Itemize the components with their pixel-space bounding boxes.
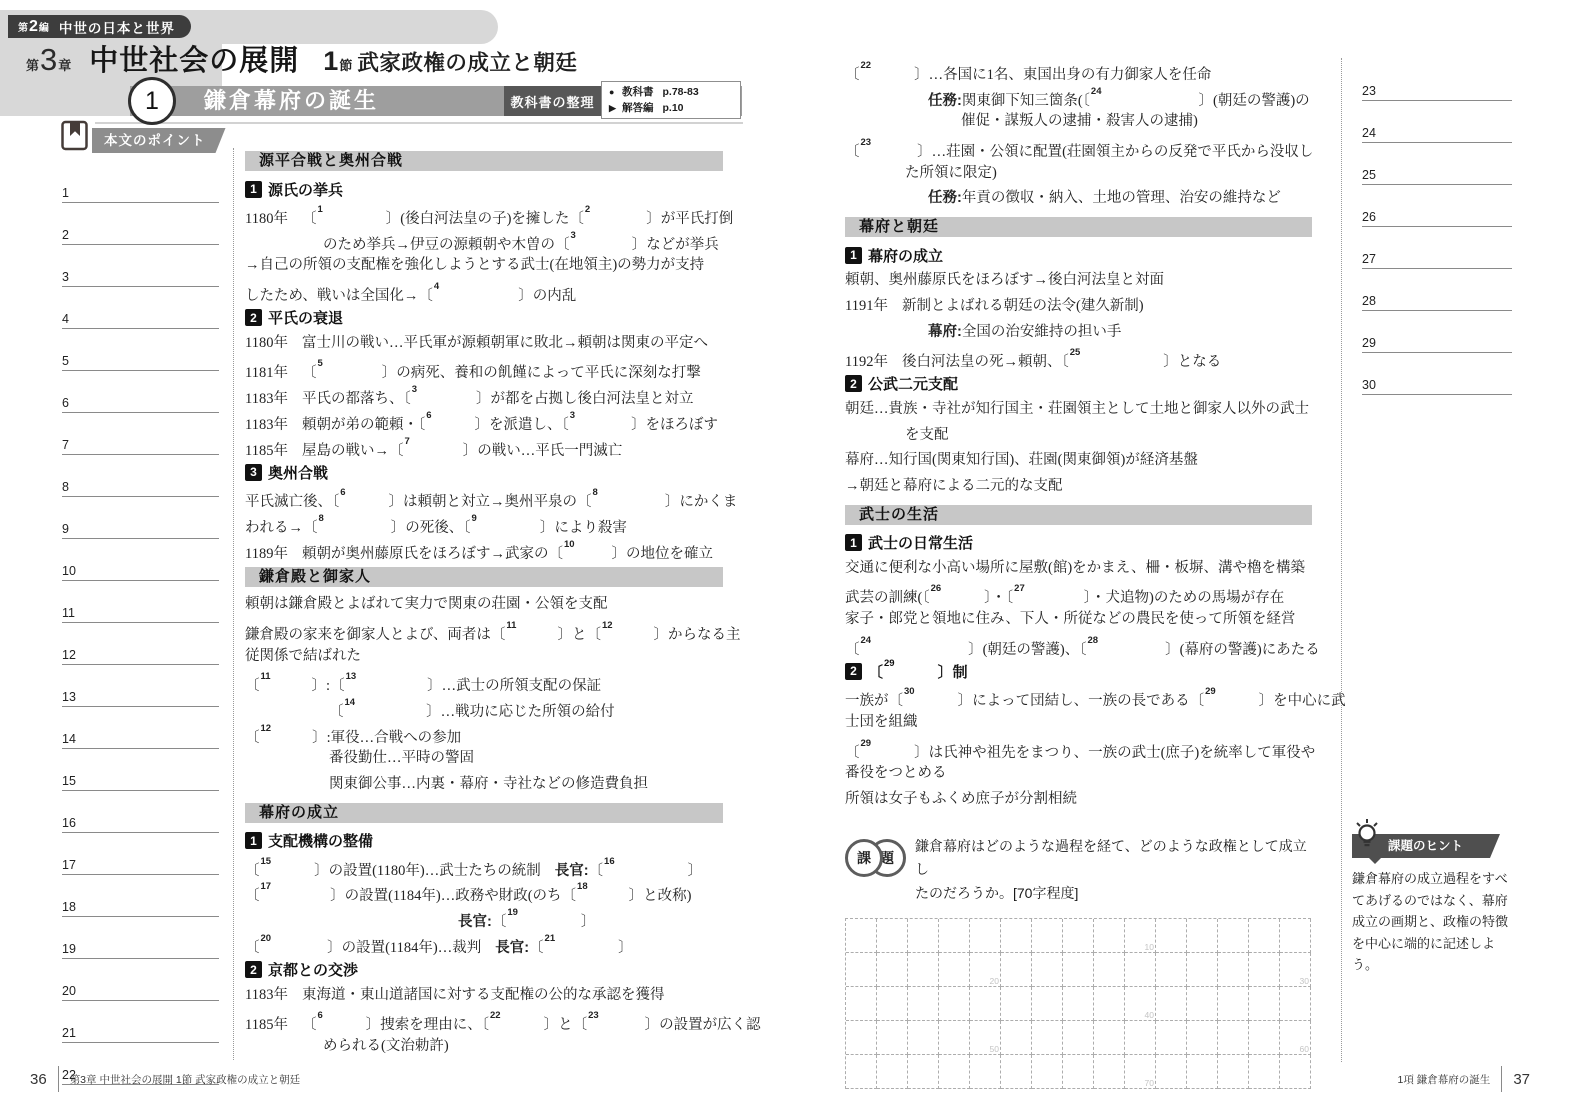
subheading-number-badge: 2: [245, 309, 262, 326]
text-line: 任務:関東御下知三箇条(〔24〕(朝廷の警護)の: [845, 84, 1312, 110]
answer-line-number: 1: [62, 186, 69, 200]
text-line: 朝廷…貴族・寺社が知行国主・荘園領主として土地と御家人以外の武士: [845, 397, 1312, 423]
edition-title: 中世の日本と世界: [59, 17, 175, 37]
section-header-bar: 鎌倉殿と御家人: [245, 567, 723, 587]
answer-line-16: 16: [62, 791, 219, 833]
left-page-content: 源平合戦と奥州合戦1源氏の挙兵1180年〔1〕(後白河法皇の子)を擁した〔2〕が…: [245, 146, 723, 1060]
grid-cell: [1156, 987, 1187, 1021]
grid-cell: [908, 1055, 939, 1089]
char-count-label: 30: [1300, 976, 1309, 986]
subheading-number-badge: 1: [845, 534, 862, 551]
task-question: 鎌倉幕府はどのような過程を経て、どのような政権として成立し たのだろうか。[70…: [915, 835, 1312, 906]
answer-line-17: 17: [62, 833, 219, 875]
text-line: 頼朝、奥州藤原氏をほろぼす→後白河法皇と対面: [845, 268, 1312, 294]
footer-divider: [1501, 1066, 1502, 1092]
answer-line-12: 12: [62, 623, 219, 665]
grid-cell: [1280, 1055, 1311, 1089]
text-line: 家子・郎党と領地に住み、下人・所従などの農民を使って所領を経営: [845, 607, 1312, 633]
answer-line-24: 24: [1362, 101, 1512, 143]
answer-line-28: 28: [1362, 269, 1512, 311]
edition-pill: 第 2 編 中世の日本と世界: [8, 15, 191, 38]
answer-line-29: 29: [1362, 311, 1512, 353]
text-line: われる→〔8〕の死後、〔9〕により殺害: [245, 511, 723, 537]
text-line: 長官:〔19〕: [245, 905, 723, 931]
grid-cell: [1156, 1055, 1187, 1089]
answer-line-19: 19: [62, 917, 219, 959]
text-line: 番役をつとめる: [845, 761, 1312, 787]
edition-number: 2: [29, 18, 38, 36]
answer-line-number: 28: [1362, 294, 1376, 308]
subheading: 1武士の日常生活: [845, 530, 1312, 556]
subheading-number-badge: 1: [245, 181, 262, 198]
answer-line-number: 9: [62, 522, 69, 536]
grid-cell: 70: [1125, 1055, 1156, 1089]
text-line: 番役勤仕…平時の警固: [245, 746, 723, 772]
grid-cell: [1032, 1055, 1063, 1089]
answer-line-number: 14: [62, 732, 76, 746]
answer-line-9: 9: [62, 497, 219, 539]
lightbulb-icon: [1352, 818, 1382, 857]
section-number: 1: [323, 46, 338, 77]
answer-line-number: 25: [1362, 168, 1376, 182]
grid-cell: [908, 987, 939, 1021]
book-icon: [60, 118, 90, 157]
text-line: →自己の所領の支配権を強化しようとする武士(在地領主)の勢力が支持: [245, 253, 723, 279]
grid-cell: 50: [970, 1021, 1001, 1055]
text-line: 〔29〕は氏神や祖先をまつり、一族の武士(庶子)を統率して軍役や: [845, 736, 1312, 762]
text-line: 1183年平氏の都落ち、〔3〕が都を占拠し後白河法皇と対立: [245, 382, 723, 408]
answer-line-27: 27: [1362, 227, 1512, 269]
grid-cell: [1001, 919, 1032, 953]
answer-line-2: 2: [62, 203, 219, 245]
answer-line-number: 24: [1362, 126, 1376, 140]
footer-left: 36 第3章 中世社会の展開 1節 武家政権の成立と朝廷: [30, 1066, 300, 1092]
grid-cell: [846, 919, 877, 953]
answer-line-number: 18: [62, 900, 76, 914]
grid-cell: [1156, 1021, 1187, 1055]
text-line: 所領は女子もふくめ庶子が分割相続: [845, 787, 1312, 813]
text-line: 1181年〔5〕の病死、養和の飢饉によって平氏に深刻な打撃: [245, 356, 723, 382]
triangle-icon: ▶: [609, 100, 622, 116]
answer-column-right: 2324252627282930: [1362, 59, 1512, 395]
text-line: 〔14〕…戦功に応じた所領の給付: [245, 695, 723, 721]
answer-line-13: 13: [62, 665, 219, 707]
subheading-number-badge: 1: [845, 247, 862, 264]
subheading-number-badge: 3: [245, 464, 262, 481]
grid-cell: [1063, 1021, 1094, 1055]
grid-cell: 30: [1280, 953, 1311, 987]
answer-line-3: 3: [62, 245, 219, 287]
answer-line-20: 20: [62, 959, 219, 1001]
grid-cell: [1187, 919, 1218, 953]
unit-number: 1: [145, 87, 159, 116]
answer-line-number: 26: [1362, 210, 1376, 224]
grid-cell: [1218, 987, 1249, 1021]
points-tab: 本文のポイント: [92, 128, 226, 153]
chapter-title: 中世社会の展開: [89, 38, 299, 79]
grid-cell: [846, 1055, 877, 1089]
chapter-suffix: 章: [58, 55, 71, 74]
section-header-bar: 武士の生活: [845, 505, 1312, 525]
bullet-icon: ●: [609, 84, 622, 100]
section-header-bar: 幕府と朝廷: [845, 217, 1312, 237]
text-line: したため、戦いは全国化→〔4〕の内乱: [245, 279, 723, 305]
grid-cell: [1001, 1055, 1032, 1089]
text-line: 1185年屋島の戦い→〔7〕の戦い…平氏一門滅亡: [245, 434, 723, 460]
subheading-number-badge: 2: [845, 663, 862, 680]
grid-cell: [1218, 919, 1249, 953]
grid-cell: [1280, 919, 1311, 953]
answer-line-number: 19: [62, 942, 76, 956]
subheading: 1支配機構の整備: [245, 828, 723, 854]
grid-cell: 20: [970, 953, 1001, 987]
grid-cell: [1032, 919, 1063, 953]
grid-cell: [1249, 919, 1280, 953]
answer-line-number: 11: [62, 606, 75, 620]
grid-cell: [1249, 987, 1280, 1021]
text-line: 〔20〕の設置(1184年)…裁判長官:〔21〕: [245, 931, 723, 957]
grid-cell: [1063, 953, 1094, 987]
grid-cell: [1063, 1055, 1094, 1089]
grid-cell: [1001, 987, 1032, 1021]
answer-line-number: 3: [62, 270, 69, 284]
answer-line-number: 15: [62, 774, 76, 788]
grid-cell: [1249, 1055, 1280, 1089]
grid-cell: [1094, 987, 1125, 1021]
grid-cell: [1125, 1021, 1156, 1055]
footer-divider: [58, 1066, 59, 1092]
grid-cell: [1032, 987, 1063, 1021]
text-line: 〔23〕…荘園・公領に配置(荘園領主からの反発で平氏から没収し: [845, 135, 1312, 161]
chapter-number: 3: [40, 42, 57, 78]
char-count-label: 20: [990, 976, 999, 986]
right-dotted-separator: [1341, 58, 1342, 1062]
answer-line-15: 15: [62, 749, 219, 791]
grid-cell: [1280, 987, 1311, 1021]
footer-right: 1項 鎌倉幕府の誕生 37: [1398, 1066, 1530, 1092]
grid-cell: [1001, 953, 1032, 987]
grid-cell: [846, 987, 877, 1021]
reference-label: 解答編: [622, 100, 654, 116]
grid-cell: [970, 987, 1001, 1021]
grid-cell: [1218, 953, 1249, 987]
text-line: 従関係で結ばれた: [245, 644, 723, 670]
text-line: 〔24〕(朝廷の警護)、〔28〕(幕府の警護)にあたる: [845, 633, 1312, 659]
grid-cell: [1094, 1021, 1125, 1055]
grid-cell: [939, 919, 970, 953]
reference-answers: ▶ 解答編 p.10: [609, 100, 733, 116]
grid-cell: [1187, 1021, 1218, 1055]
answer-line-1: 1: [62, 161, 219, 203]
chapter-heading: 第 3 章 中世社会の展開 1 節 武家政権の成立と朝廷: [26, 38, 577, 79]
footer-breadcrumb-left: 第3章 中世社会の展開 1節 武家政権の成立と朝廷: [70, 1072, 300, 1087]
hint-text: 鎌倉幕府の成立過程をすべてあげるのではなく、幕府成立の画期と、政権の特徴を中心に…: [1352, 868, 1518, 976]
answer-line-18: 18: [62, 875, 219, 917]
answer-line-8: 8: [62, 455, 219, 497]
subheading-number-badge: 1: [245, 832, 262, 849]
char-count-label: 60: [1300, 1044, 1309, 1054]
section-title: 武家政権の成立と朝廷: [357, 46, 577, 77]
text-line: 幕府…知行国(関東知行国)、荘園(関東御領)が経済基盤: [845, 448, 1312, 474]
edition-prefix: 第: [18, 19, 28, 34]
answer-line-number: 8: [62, 480, 69, 494]
grid-cell: [970, 1055, 1001, 1089]
text-line: 任務:年貢の徴収・納入、土地の管理、治安の維持など: [845, 186, 1312, 212]
grid-cell: [877, 1021, 908, 1055]
char-count-label: 10: [1145, 942, 1154, 952]
page-number-right: 37: [1513, 1071, 1530, 1088]
section-header-bar: 源平合戦と奥州合戦: [245, 151, 723, 171]
answer-line-number: 10: [62, 564, 76, 578]
grid-cell: [1063, 919, 1094, 953]
grid-cell: [877, 953, 908, 987]
text-line: 1192年後白河法皇の死→頼朝、〔25〕となる: [845, 345, 1312, 371]
answer-line-number: 2: [62, 228, 69, 242]
subheading: 2平氏の衰退: [245, 305, 723, 331]
grid-cell: [939, 953, 970, 987]
footer-breadcrumb-right: 1項 鎌倉幕府の誕生: [1398, 1072, 1491, 1087]
text-line: められる(文治勅許): [245, 1034, 723, 1060]
grid-cell: [877, 1055, 908, 1089]
points-rule-line: [95, 122, 743, 124]
task-head: 課 題 鎌倉幕府はどのような過程を経て、どのような政権として成立し たのだろうか…: [845, 835, 1312, 906]
organize-label-box: 教科書の整理: [504, 86, 601, 116]
grid-cell: [1187, 1055, 1218, 1089]
grid-cell: [908, 1021, 939, 1055]
grid-cell: [1032, 953, 1063, 987]
grid-cell: [1249, 1021, 1280, 1055]
answer-line-10: 10: [62, 539, 219, 581]
answer-line-number: 13: [62, 690, 76, 704]
text-line: 鎌倉殿の家来を御家人とよび、両者は〔11〕と〔12〕からなる主: [245, 618, 723, 644]
text-line: 幕府:全国の治安維持の担い手: [845, 320, 1312, 346]
grid-cell: [1218, 1055, 1249, 1089]
text-line: 〔15〕の設置(1180年)…武士たちの統制長官:〔16〕: [245, 854, 723, 880]
grid-cell: [1032, 1021, 1063, 1055]
grid-cell: [939, 1021, 970, 1055]
text-line: のため挙兵→伊豆の源頼朝や木曽の〔3〕などが挙兵: [245, 228, 723, 254]
answer-line-5: 5: [62, 329, 219, 371]
answer-line-6: 6: [62, 371, 219, 413]
text-line: 平氏滅亡後、〔6〕は頼朝と対立→奥州平泉の〔8〕にかくま: [245, 485, 723, 511]
reference-page: p.78-83: [663, 84, 699, 100]
reference-label: 教科書: [622, 84, 654, 100]
task-question-line: たのだろうか。[70字程度]: [915, 882, 1312, 906]
answer-line-4: 4: [62, 287, 219, 329]
answer-line-number: 16: [62, 816, 76, 830]
grid-cell: [1156, 953, 1187, 987]
right-page-blocks: 〔22〕…各国に1名、東国出身の有力御家人を任命任務:関東御下知三箇条(〔24〕…: [845, 58, 1312, 813]
text-line: 交通に便利な小高い場所に屋敷(館)をかまえ、柵・板塀、溝や櫓を構築: [845, 556, 1312, 582]
grid-cell: [1218, 1021, 1249, 1055]
answer-line-number: 20: [62, 984, 76, 998]
answer-column-left: 12345678910111213141516171819202122: [62, 161, 219, 1085]
answer-line-number: 5: [62, 354, 69, 368]
text-line: 1183年頼朝が弟の範頼・〔6〕を派遣し、〔3〕をほろぼす: [245, 408, 723, 434]
text-line: 1185年〔6〕捜索を理由に、〔22〕と〔23〕の設置が広く認: [245, 1008, 723, 1034]
reference-textbook: ● 教科書 p.78-83: [609, 84, 733, 100]
text-line: 武芸の訓練(〔26〕・〔27〕・犬追物)のための馬場が存在: [845, 581, 1312, 607]
answer-line-number: 29: [1362, 336, 1376, 350]
text-line: 一族が〔30〕によって団結し、一族の長である〔29〕を中心に武: [845, 684, 1312, 710]
answer-line-number: 27: [1362, 252, 1376, 266]
text-line: 〔22〕…各国に1名、東国出身の有力御家人を任命: [845, 58, 1312, 84]
answer-line-number: 12: [62, 648, 76, 662]
text-line: 頼朝は鎌倉殿とよばれて実力で関東の荘園・公領を支配: [245, 592, 723, 618]
grid-cell: [908, 953, 939, 987]
subheading-number-badge: 2: [845, 375, 862, 392]
grid-cell: [1094, 953, 1125, 987]
answer-line-7: 7: [62, 413, 219, 455]
grid-cell: [1094, 1055, 1125, 1089]
reference-page: p.10: [663, 100, 684, 116]
text-line: 関東御公事…内裏・幕府・寺社などの修造費負担: [245, 772, 723, 798]
text-line: 催促・謀叛人の逮捕・殺害人の逮捕): [845, 109, 1312, 135]
text-line: 〔11〕:〔13〕…武士の所領支配の保証: [245, 669, 723, 695]
text-line: →朝廷と幕府による二元的な支配: [845, 474, 1312, 500]
answer-line-14: 14: [62, 707, 219, 749]
text-line: 1183年東海道・東山道諸国に対する支配権の公的な承認を獲得: [245, 983, 723, 1009]
text-line: た所領に限定): [845, 161, 1312, 187]
answer-line-number: 6: [62, 396, 69, 410]
grid-cell: [939, 1055, 970, 1089]
grid-cell: [939, 987, 970, 1021]
char-count-label: 70: [1145, 1078, 1154, 1088]
subheading: 1幕府の成立: [845, 242, 1312, 268]
subheading: 1源氏の挙兵: [245, 176, 723, 202]
answer-line-number: 23: [1362, 84, 1376, 98]
answer-line-number: 21: [62, 1026, 76, 1040]
unit-number-circle: 1: [128, 77, 176, 125]
char-count-label: 40: [1145, 1010, 1154, 1020]
answer-line-25: 25: [1362, 143, 1512, 185]
left-dotted-separator: [233, 148, 234, 1060]
grid-cell: [846, 953, 877, 987]
section-unit: 節: [339, 55, 352, 74]
text-line: 1180年富士川の戦い…平氏軍が源頼朝軍に敗北→頼朝は関東の平定へ: [245, 331, 723, 357]
grid-cell: [877, 919, 908, 953]
text-line: 1180年〔1〕(後白河法皇の子)を擁した〔2〕が平氏打倒: [245, 202, 723, 228]
grid-cell: [1063, 987, 1094, 1021]
answer-line-number: 4: [62, 312, 69, 326]
subheading: 2〔29〕制: [845, 658, 1312, 684]
page-number-left: 36: [30, 1071, 47, 1088]
workbook-spread: 第 2 編 中世の日本と世界 第 3 章 中世社会の展開 1 節 武家政権の成立…: [0, 0, 1580, 1115]
chapter-prefix: 第: [26, 55, 39, 74]
answer-line-number: 17: [62, 858, 76, 872]
grid-cell: [846, 1021, 877, 1055]
answer-line-number: 7: [62, 438, 69, 452]
grid-cell: 10: [1125, 919, 1156, 953]
text-line: 〔17〕の設置(1184年)…政務や財政(のち〔18〕と改称): [245, 879, 723, 905]
grid-cell: [1001, 1021, 1032, 1055]
text-line: 1189年頼朝が奥州藤原氏をほろぼす→武家の〔10〕の地位を確立: [245, 537, 723, 563]
grid-cell: [970, 919, 1001, 953]
grid-cell: [1156, 919, 1187, 953]
grid-cell: 60: [1280, 1021, 1311, 1055]
grid-cell: [908, 919, 939, 953]
task-badge-char-1: 課: [845, 839, 883, 877]
answer-line-23: 23: [1362, 59, 1512, 101]
subheading: 3奥州合戦: [245, 459, 723, 485]
writing-grid: 10203040506070: [845, 918, 1311, 1089]
char-count-label: 50: [990, 1044, 999, 1054]
task-section: 課 題 鎌倉幕府はどのような過程を経て、どのような政権として成立し たのだろうか…: [845, 835, 1312, 1090]
right-page-content: 〔22〕…各国に1名、東国出身の有力御家人を任命任務:関東御下知三箇条(〔24〕…: [845, 58, 1312, 1089]
text-line: を支配: [845, 423, 1312, 449]
grid-cell: [877, 987, 908, 1021]
answer-line-21: 21: [62, 1001, 219, 1043]
grid-cell: [1125, 953, 1156, 987]
grid-cell: [1249, 953, 1280, 987]
answer-line-11: 11: [62, 581, 219, 623]
text-line: 〔12〕:軍役…合戦への参加: [245, 721, 723, 747]
text-line: 1191年新制とよばれる朝廷の法令(建久新制): [845, 294, 1312, 320]
subheading-number-badge: 2: [245, 961, 262, 978]
answer-line-number: 30: [1362, 378, 1376, 392]
grid-cell: 40: [1125, 987, 1156, 1021]
edition-suffix: 編: [39, 19, 49, 34]
text-line: 士団を組織: [845, 710, 1312, 736]
grid-cell: [1187, 987, 1218, 1021]
task-question-line: 鎌倉幕府はどのような過程を経て、どのような政権として成立し: [915, 835, 1312, 882]
answer-line-30: 30: [1362, 353, 1512, 395]
hint-tab-tail: [1368, 857, 1382, 871]
reference-box: ● 教科書 p.78-83 ▶ 解答編 p.10: [601, 81, 741, 119]
grid-cell: [1094, 919, 1125, 953]
section-header-bar: 幕府の成立: [245, 803, 723, 823]
subheading: 2京都との交渉: [245, 957, 723, 983]
answer-line-26: 26: [1362, 185, 1512, 227]
grid-cell: [1187, 953, 1218, 987]
task-badge: 課 題: [845, 835, 903, 877]
subheading: 2公武二元支配: [845, 371, 1312, 397]
